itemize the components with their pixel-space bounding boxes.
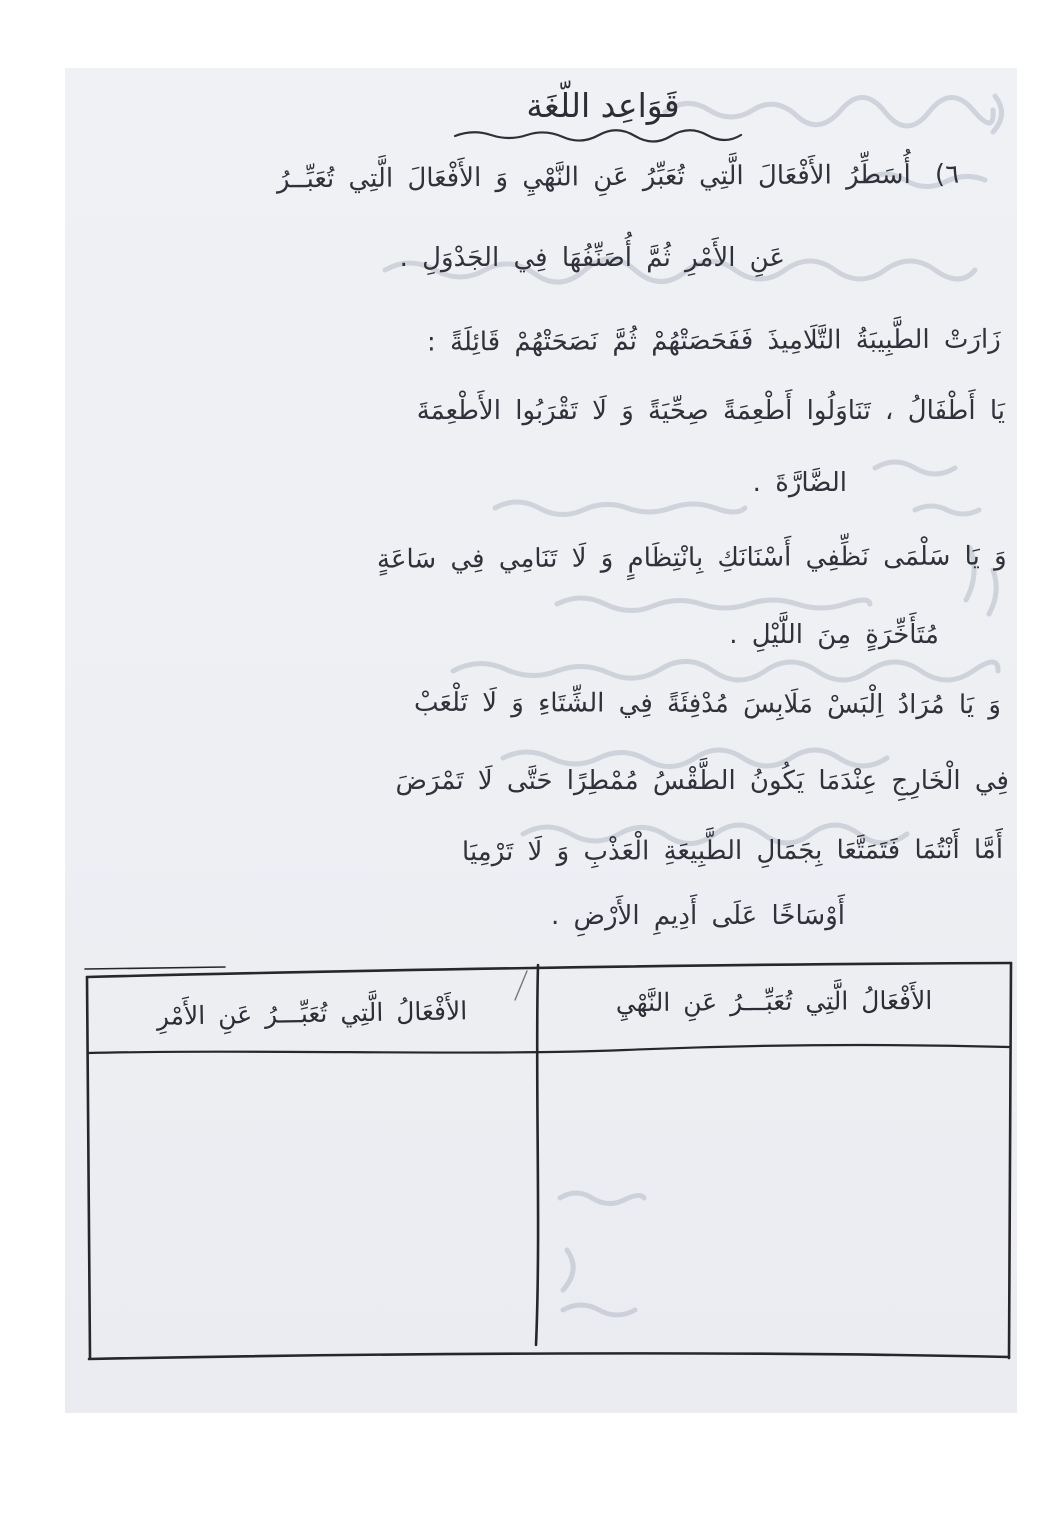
passage-line-8: أَمَّا أَنْتُمَا فَتَمَتَّعَا بِجَمَالِ … [462, 833, 1003, 870]
exercise-number: ٦) [935, 160, 959, 190]
passage-line-5: مُتَأَخِّرَةٍ مِنَ اللَّيْلِ . [729, 618, 939, 653]
classification-table: الأَفْعَالُ الَّتِي تُعَبِّـــرُ عَنِ ال… [87, 961, 1010, 1359]
instruction-text-1: أُسَطِّرُ الأَفْعَالَ الَّتِي تُعَبِّرُ … [277, 160, 911, 194]
title-underline-stroke [453, 127, 753, 143]
scanned-page: قَوَاعِد اللّغَة ٦) أُسَطِّرُ الأَفْعَال… [65, 68, 1017, 1413]
table-header-prohibition: الأَفْعَالُ الَّتِي تُعَبِّـــرُ عَنِ ال… [539, 985, 1009, 1017]
passage-line-1: زَارَتْ الطَّبِيبَةُ التَّلَامِيذَ فَفَح… [427, 322, 1001, 360]
table-header-command: الأَفْعَالُ الَّتِي تُعَبِّـــرُ عَنِ ال… [87, 995, 537, 1032]
table-cell-prohibition-empty [539, 1053, 1009, 1353]
instruction-line-1: ٦) أُسَطِّرُ الأَفْعَالَ الَّتِي تُعَبِّ… [277, 158, 959, 198]
title-block: قَوَاعِد اللّغَة [453, 86, 753, 143]
table-cell-command-empty [87, 1053, 537, 1353]
scanned-document: قَوَاعِد اللّغَة ٦) أُسَطِّرُ الأَفْعَال… [0, 0, 1060, 1526]
instruction-line-2: عَنِ الأَمْرِ ثُمَّ أُصَنِّفُهَا فِي الج… [400, 241, 785, 276]
passage-line-6: وَ يَا مُرَادُ اِلْبَسْ مَلَابِسَ مُدْفِ… [414, 686, 1001, 724]
page-title: قَوَاعِد اللّغَة [453, 86, 753, 125]
passage-line-7: فِي الْخَارِجِ عِنْدَمَا يَكُونُ الطَّقْ… [396, 764, 1009, 799]
passage-line-2: يَا أَطْفَالُ ، تَنَاوَلُوا أَطْعِمَةً ص… [417, 394, 1005, 429]
passage-line-9: أَوْسَاخًا عَلَى أَدِيمِ الأَرْضِ . [551, 899, 845, 934]
passage-line-4: وَ يَا سَلْمَى نَظِّفِي أَسْنَانَكِ بِان… [377, 539, 1007, 577]
passage-line-3: الضَّارَّةَ . [753, 466, 847, 501]
